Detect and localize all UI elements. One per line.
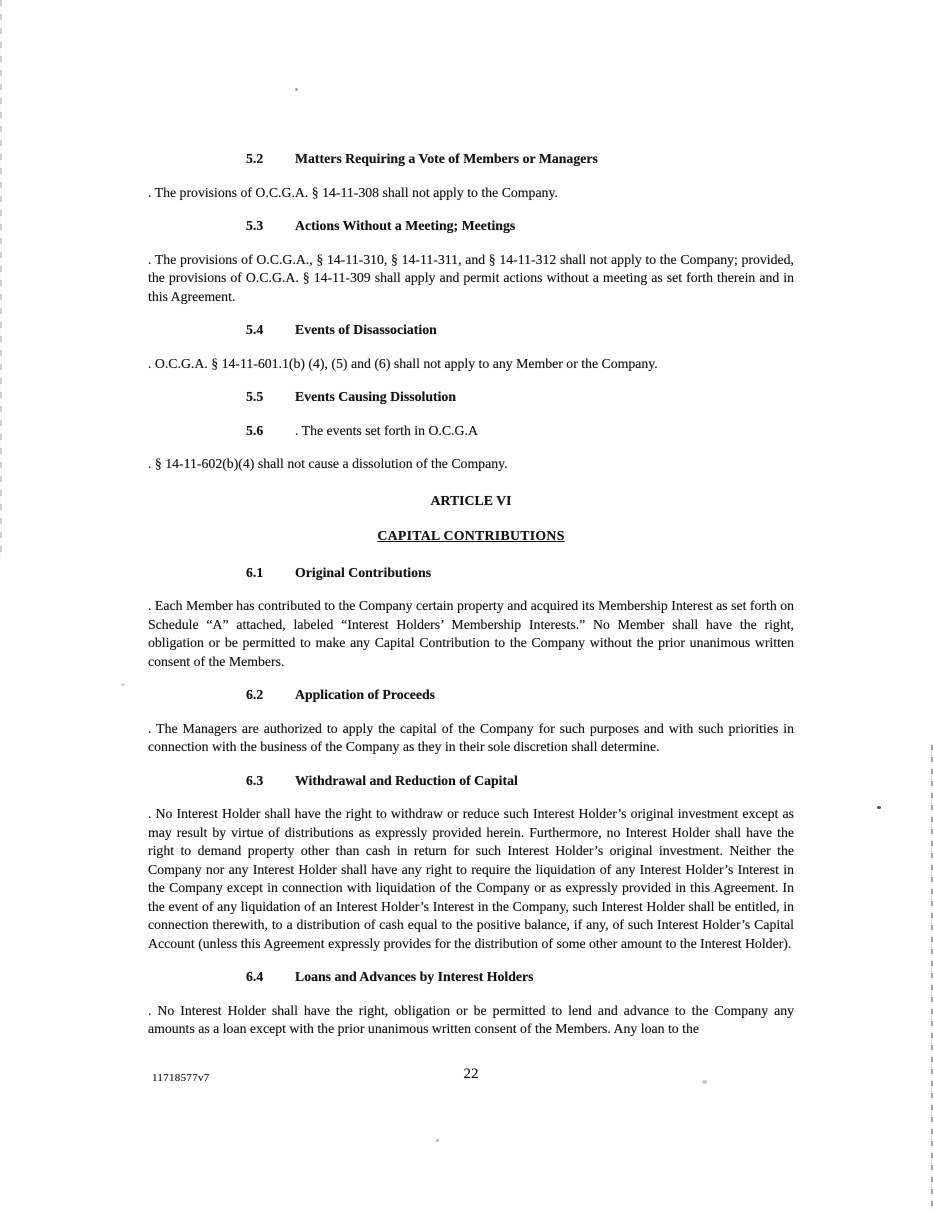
paragraph: . The Managers are authorized to apply t… [148, 720, 794, 757]
section-title: Events Causing Dissolution [295, 389, 456, 404]
section-title: Original Contributions [295, 565, 431, 580]
section-number: 6.3 [246, 772, 295, 791]
paragraph: . No Interest Holder shall have the righ… [148, 1002, 794, 1039]
section-number: 6.4 [246, 968, 295, 987]
paragraph: . O.C.G.A. § 14-11-601.1(b) (4), (5) and… [148, 355, 794, 374]
section-heading-6-1: 6.1Original Contributions [246, 564, 794, 583]
section-heading-5-5: 5.5Events Causing Dissolution [246, 388, 794, 407]
section-number: 5.5 [246, 388, 295, 407]
section-heading-6-2: 6.2Application of Proceeds [246, 686, 794, 705]
section-text: . The events set forth in O.C.G.A [295, 423, 478, 438]
paragraph: . Each Member has contributed to the Com… [148, 597, 794, 671]
section-heading-5-4: 5.4Events of Disassociation [246, 321, 794, 340]
scan-speck [121, 683, 125, 686]
section-title: Loans and Advances by Interest Holders [295, 969, 534, 984]
article-title-text: CAPITAL CONTRIBUTIONS [377, 528, 564, 543]
section-title: Application of Proceeds [295, 687, 435, 702]
article-title: CAPITAL CONTRIBUTIONS [148, 527, 794, 546]
section-title: Actions Without a Meeting; Meetings [295, 218, 515, 233]
scanned-document-page: 5.2Matters Requiring a Vote of Members o… [0, 0, 933, 1209]
section-heading-6-4: 6.4Loans and Advances by Interest Holder… [246, 968, 794, 987]
paragraph: . The provisions of O.C.G.A. § 14-11-308… [148, 184, 794, 203]
section-number: 5.4 [246, 321, 295, 340]
section-heading-6-3: 6.3Withdrawal and Reduction of Capital [246, 772, 794, 791]
page-footer: 11718577v7 22 [148, 1066, 794, 1088]
document-body: 5.2Matters Requiring a Vote of Members o… [148, 150, 794, 1054]
paragraph: . § 14-11-602(b)(4) shall not cause a di… [148, 455, 794, 474]
section-title: Matters Requiring a Vote of Members or M… [295, 151, 598, 166]
scan-edge-artifact-left [0, 0, 2, 560]
section-number: 6.2 [246, 686, 295, 705]
section-heading-5-2: 5.2Matters Requiring a Vote of Members o… [246, 150, 794, 169]
paragraph: . The provisions of O.C.G.A., § 14-11-31… [148, 251, 794, 307]
scan-speck [702, 1080, 707, 1084]
section-heading-5-6: 5.6. The events set forth in O.C.G.A [246, 422, 794, 441]
section-number: 5.2 [246, 150, 295, 169]
section-title: Withdrawal and Reduction of Capital [295, 773, 518, 788]
document-version-number: 11718577v7 [152, 1072, 210, 1084]
paragraph: . No Interest Holder shall have the righ… [148, 805, 794, 953]
section-heading-5-3: 5.3Actions Without a Meeting; Meetings [246, 217, 794, 236]
page-number: 22 [464, 1066, 479, 1083]
section-number: 5.6 [246, 422, 295, 441]
scan-speck [877, 806, 881, 809]
section-number: 5.3 [246, 217, 295, 236]
scan-speck [295, 88, 298, 91]
article-heading: ARTICLE VI [148, 492, 794, 511]
section-title: Events of Disassociation [295, 322, 437, 337]
section-number: 6.1 [246, 564, 295, 583]
scan-speck [436, 1139, 439, 1142]
